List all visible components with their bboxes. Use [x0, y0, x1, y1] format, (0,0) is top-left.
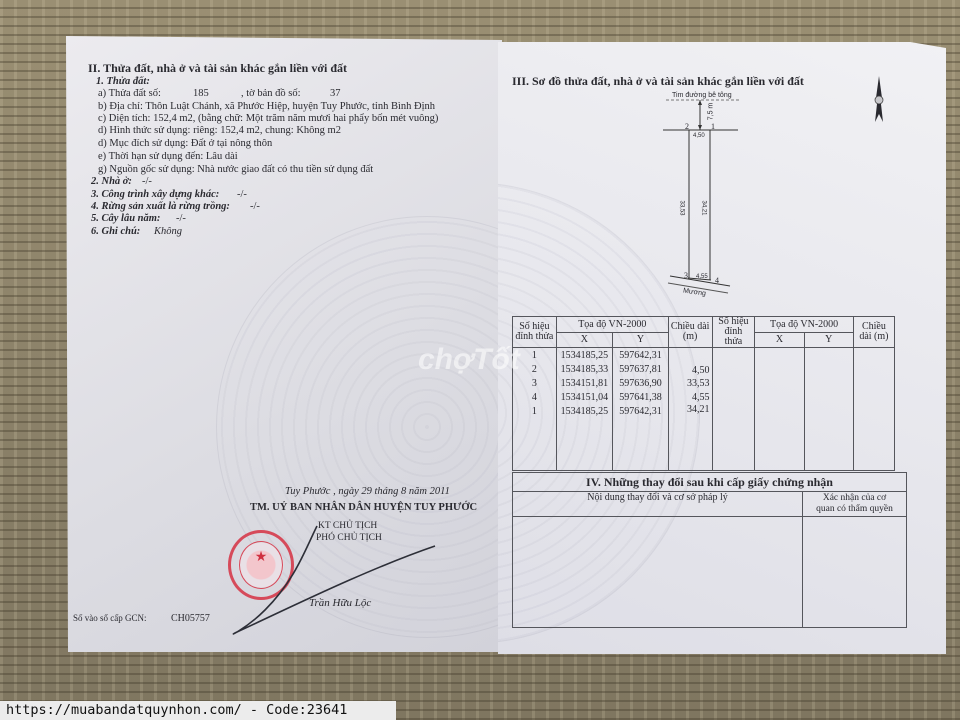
x-cell: 1534185,25 — [556, 404, 612, 418]
length-cell: 4,55 — [668, 390, 712, 404]
planted-forest-label: 4. Rừng sản xuất là rừng trồng: — [91, 201, 230, 212]
changes-content-cell — [513, 517, 803, 628]
col-length-header: Chiều dài (m) — [668, 317, 712, 348]
signer-name: Trần Hữu Lộc — [309, 597, 371, 609]
empty-cell — [712, 348, 755, 471]
edge-right-length: 34,21 — [701, 200, 707, 215]
vertex-1-label: 1 — [711, 122, 715, 131]
registry-label: Số vào sổ cấp GCN: — [73, 613, 147, 623]
length-cell: 33,53 — [668, 376, 712, 390]
signature-stroke — [225, 520, 485, 640]
usage-term: e) Thời hạn sử dụng đến: Lâu dài — [98, 151, 238, 162]
parcel-heading: 1. Thửa đất: — [96, 76, 150, 87]
perennial-trees-value: -/- — [176, 213, 186, 224]
chotot-watermark: chợTốt — [418, 343, 520, 377]
registry-number: CH05757 — [171, 613, 210, 624]
other-construction-value: -/- — [237, 189, 247, 200]
changes-table: IV. Những thay đổi sau khi cấp giấy chứn… — [512, 472, 907, 628]
address: b) Địa chỉ: Thôn Luật Chánh, xã Phước Hi… — [98, 101, 435, 112]
x-cell: 1534185,25 — [556, 348, 612, 363]
x-cell: 1534185,33 — [556, 362, 612, 376]
source-footer: https://muabandatquynhon.com/ - Code:236… — [0, 701, 396, 720]
y-cell: 597642,31 — [613, 348, 669, 363]
house-value: -/- — [142, 176, 152, 187]
vertex-cell: 4 — [513, 390, 557, 404]
y-cell: 597637,81 — [613, 362, 669, 376]
changes-content-header: Nội dung thay đổi và cơ sở pháp lý — [513, 492, 803, 517]
vertex-2-label: 2 — [685, 122, 689, 131]
note-label: 6. Ghi chú: — [91, 226, 140, 237]
parcel-sketch — [660, 96, 750, 296]
edge-bottom-length: 4,55 — [696, 274, 708, 280]
col-vertex-header-2: Số hiệu đỉnh thửa — [712, 317, 755, 348]
y-cell: 597641,38 — [613, 390, 669, 404]
col-coords-header-2: Tọa độ VN-2000 — [755, 317, 854, 333]
col-x-header-2: X — [755, 332, 804, 348]
vertex-4-label: 4 — [715, 276, 719, 285]
planted-forest-value: -/- — [250, 201, 260, 212]
coordinate-table: Số hiệu đỉnh thửa Tọa độ VN-2000 Chiều d… — [512, 316, 895, 471]
col-coords-header: Tọa độ VN-2000 — [556, 317, 668, 333]
parcel-number-label: a) Thửa đất số: — [98, 88, 161, 99]
issuing-authority: TM. UỶ BAN NHÂN DÂN HUYỆN TUY PHƯỚC — [250, 502, 477, 513]
col-y-header-2: Y — [804, 332, 853, 348]
map-sheet-label: , tờ bản đồ số: — [241, 88, 301, 99]
section-2-title: II. Thửa đất, nhà ở và tài sản khác gắn … — [88, 61, 347, 76]
section-4-title: IV. Những thay đổi sau khi cấp giấy chứn… — [513, 473, 907, 492]
house-label: 2. Nhà ở: — [91, 176, 132, 187]
authority-header-line2: quan có thẩm quyền — [816, 504, 893, 514]
edge-left-length: 33,53 — [679, 200, 685, 215]
col-length-header-2: Chiều dài (m) — [853, 317, 894, 348]
authority-confirmation-header: Xác nhận của cơ quan có thẩm quyền — [803, 492, 907, 517]
parcel-number: 185 — [193, 88, 209, 99]
vertex-cell: 3 — [513, 376, 557, 390]
x-cell: 1534151,04 — [556, 390, 612, 404]
road-distance: 7,5 m — [707, 103, 714, 121]
y-cell: 597636,90 — [613, 376, 669, 390]
note-value: Không — [154, 226, 182, 237]
length-cell: 4,50 — [668, 348, 712, 377]
area: c) Diện tích: 152,4 m2, (bằng chữ: Một t… — [98, 113, 438, 124]
perennial-trees-label: 5. Cây lâu năm: — [91, 213, 160, 224]
usage-form: d) Hình thức sử dụng: riêng: 152,4 m2, c… — [98, 125, 341, 136]
col-x-header: X — [556, 332, 612, 348]
empty-cell — [804, 348, 853, 471]
authority-header-line1: Xác nhận của cơ — [823, 493, 886, 503]
usage-purpose: d) Mục đích sử dụng: Đất ở tại nông thôn — [98, 138, 272, 149]
north-arrow-icon — [872, 76, 886, 124]
place-date: Tuy Phước , ngày 29 tháng 8 năm 2011 — [285, 486, 450, 497]
vertex-cell: 1 — [513, 404, 557, 418]
table-row: 1 1534185,25 597642,31 4,50 — [513, 348, 895, 363]
x-cell: 1534151,81 — [556, 376, 612, 390]
empty-cell — [755, 348, 804, 471]
other-construction-label: 3. Công trình xây dựng khác: — [91, 189, 219, 200]
usage-origin: g) Nguồn gốc sử dụng: Nhà nước giao đất … — [98, 164, 373, 175]
empty-cell — [853, 348, 894, 471]
col-y-header: Y — [613, 332, 669, 348]
edge-top-length: 4,50 — [693, 133, 705, 139]
length-cell: 34,21 — [668, 404, 712, 418]
vertex-3-label: 3 — [684, 271, 688, 280]
y-cell: 597642,31 — [613, 404, 669, 418]
map-sheet-number: 37 — [330, 88, 341, 99]
section-3-title: III. Sơ đồ thửa đất, nhà ở và tài sản kh… — [512, 74, 804, 89]
authority-confirmation-cell — [803, 517, 907, 628]
